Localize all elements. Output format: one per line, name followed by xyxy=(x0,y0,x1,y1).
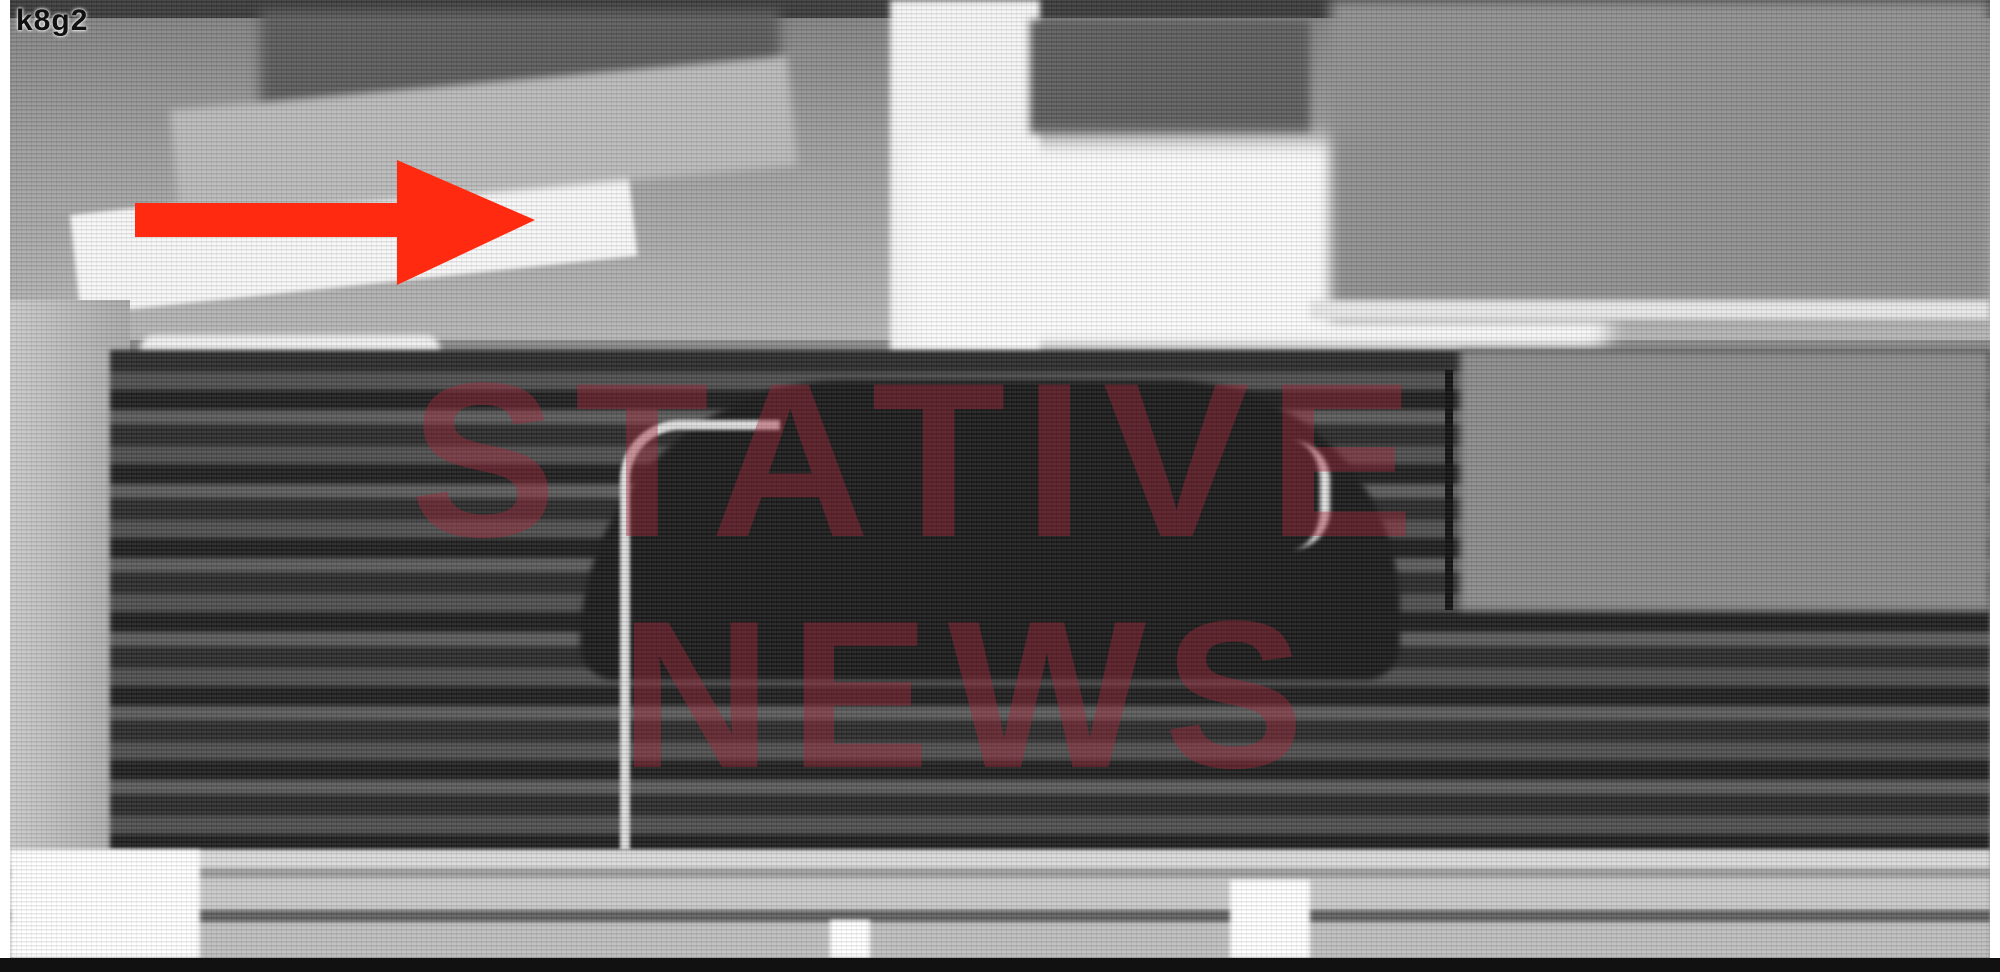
bottom-light-band xyxy=(10,850,1990,958)
dark-window xyxy=(1030,20,1310,135)
red-arrow-icon xyxy=(135,155,545,290)
bottom-border xyxy=(0,958,2000,972)
watermark-line-1: STATIVE xyxy=(410,350,1432,570)
bottom-white-patch-mid xyxy=(830,920,870,958)
bottom-white-patch-center xyxy=(1230,880,1310,958)
dark-pole xyxy=(1445,370,1453,610)
right-light-strip xyxy=(1310,300,1990,320)
gray-building-right xyxy=(1460,350,1990,610)
right-wall xyxy=(1330,0,1990,320)
watermark-line-2: NEWS xyxy=(620,590,1322,800)
photo-frame: STATIVE NEWS k8g2 xyxy=(10,0,1990,958)
bottom-white-patch-left xyxy=(10,850,200,958)
corner-label: k8g2 xyxy=(16,4,88,38)
